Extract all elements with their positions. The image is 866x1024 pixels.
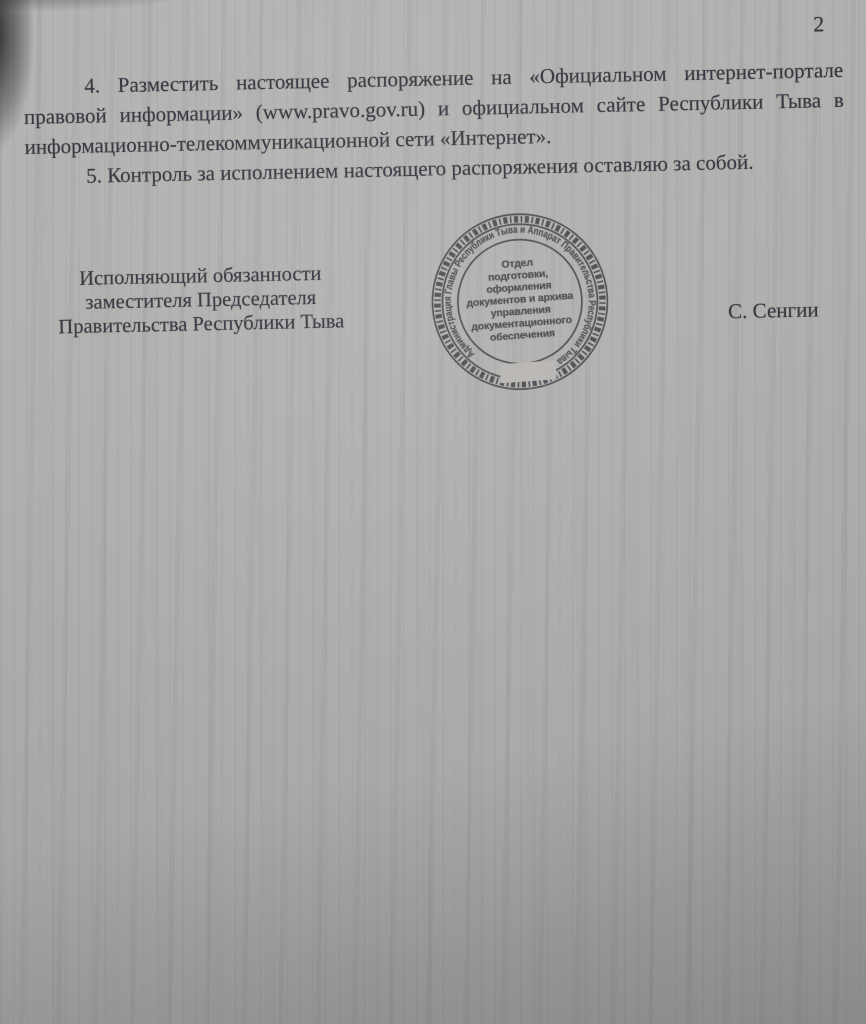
stamp-center-text: Отдел подготовки, оформления документов … [463, 254, 576, 346]
signature-name: С. Сенгии [728, 298, 819, 322]
page-content: 2 4. Разместить настоящее распоряжение н… [21, 0, 862, 1024]
stamp-redaction-patch [499, 360, 556, 383]
body-text: 4. Разместить настоящее распоряжение на … [23, 55, 845, 192]
document-page: 2 4. Разместить настоящее распоряжение н… [0, 0, 866, 1024]
official-stamp-graphic: Администрация Главы Республики Тыва и Ап… [418, 200, 621, 403]
page-number: 2 [813, 11, 825, 37]
official-stamp: Администрация Главы Республики Тыва и Ап… [418, 200, 621, 403]
signature-title-block: Исполняющий обязанности заместителя Пред… [35, 261, 366, 340]
